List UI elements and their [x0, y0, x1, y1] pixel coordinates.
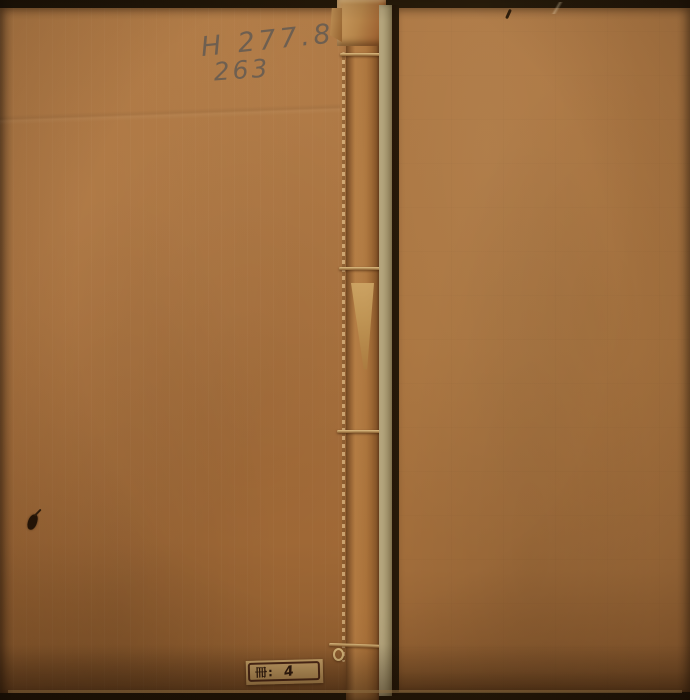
- volume-label-box: 冊: 4: [248, 661, 320, 682]
- volume-label: 冊: 4: [246, 659, 324, 685]
- volume-number: 4: [283, 663, 295, 680]
- front-cover: [0, 8, 346, 693]
- right-page: [399, 8, 690, 692]
- volume-label-prefix: 冊:: [255, 663, 274, 680]
- spine-shadow: [392, 5, 399, 696]
- page-edge-band: [379, 5, 392, 696]
- crease-highlight: [548, 2, 566, 14]
- binding-thread-loop: [333, 648, 344, 661]
- binding-stitch-1: [340, 53, 382, 56]
- cover-crease: [0, 100, 340, 126]
- binding-thread-vertical: [342, 52, 345, 662]
- book-photo: H 277.87 263 冊: 4: [0, 0, 690, 700]
- bottom-page-edge-highlight: [8, 690, 682, 693]
